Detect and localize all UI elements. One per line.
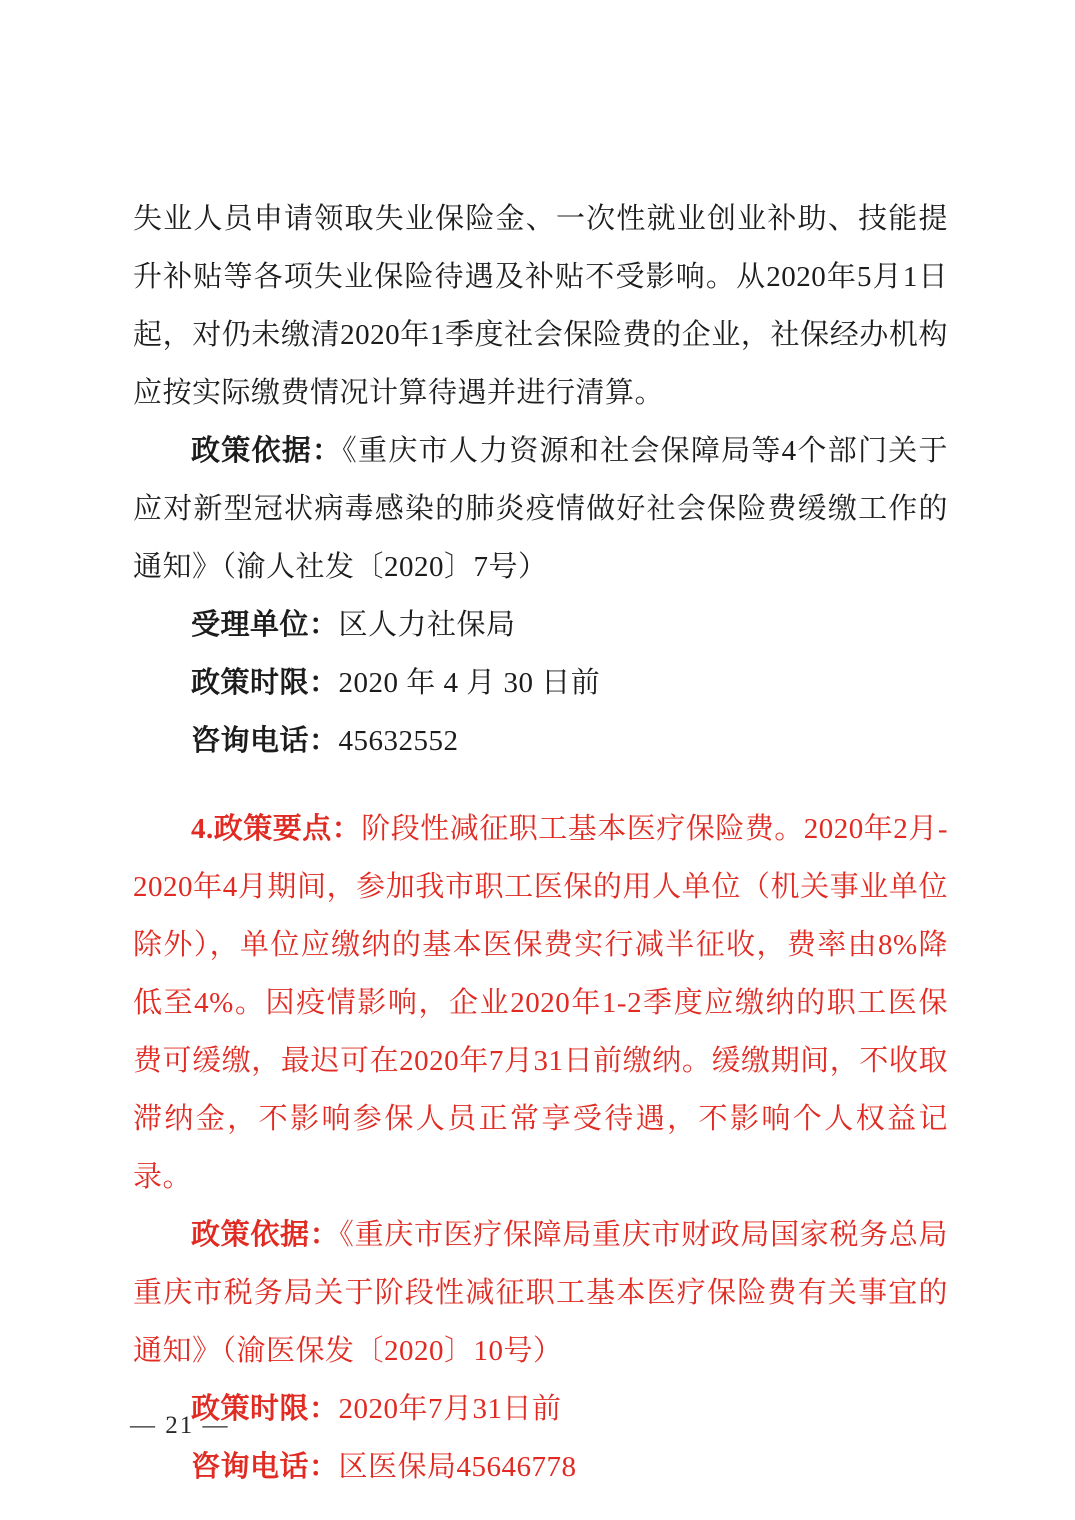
consultation-phone-label: 咨询电话： — [191, 1451, 339, 1483]
unemployment-insurance-section: 失业人员申请领取失业保险金、一次性就业创业补助、技能提升补贴等各项失业保险待遇及… — [133, 190, 948, 770]
policy-deadline-paragraph: 政策时限：2020 年 4 月 30 日前 — [133, 654, 948, 712]
policy-deadline-label: 政策时限： — [191, 667, 339, 699]
policy-points-label: 4.政策要点： — [191, 813, 361, 845]
accepting-unit-label: 受理单位： — [191, 609, 339, 641]
policy-basis-label: 政策依据： — [191, 1219, 339, 1251]
page-number: — 21 — — [130, 1412, 230, 1440]
policy-deadline-paragraph: 政策时限：2020年7月31日前 — [133, 1380, 948, 1438]
consultation-phone-label: 咨询电话： — [191, 725, 339, 757]
paragraph-text: 2020 年 4 月 30 日前 — [339, 667, 601, 699]
paragraph-text: 阶段性减征职工基本医疗保险费。2020年2月-2020年4月期间，参加我市职工医… — [133, 813, 948, 1193]
medical-insurance-section: 4.政策要点：阶段性减征职工基本医疗保险费。2020年2月-2020年4月期间，… — [133, 800, 948, 1496]
consultation-phone-paragraph: 咨询电话：45632552 — [133, 712, 948, 770]
document-page: 失业人员申请领取失业保险金、一次性就业创业补助、技能提升补贴等各项失业保险待遇及… — [0, 0, 1075, 1520]
document-content: 失业人员申请领取失业保险金、一次性就业创业补助、技能提升补贴等各项失业保险待遇及… — [133, 190, 948, 1496]
paragraph-text: 2020年7月31日前 — [339, 1393, 562, 1425]
paragraph-text: 区医保局45646778 — [339, 1451, 577, 1483]
paragraph-text: 45632552 — [339, 725, 459, 757]
policy-basis-paragraph: 政策依据：《重庆市医疗保障局重庆市财政局国家税务总局重庆市税务局关于阶段性减征职… — [133, 1206, 948, 1380]
consultation-phone-paragraph: 咨询电话：区医保局45646778 — [133, 1438, 948, 1496]
paragraph-text: 区人力社保局 — [339, 609, 516, 641]
policy-points-paragraph: 4.政策要点：阶段性减征职工基本医疗保险费。2020年2月-2020年4月期间，… — [133, 800, 948, 1206]
paragraph-text: 失业人员申请领取失业保险金、一次性就业创业补助、技能提升补贴等各项失业保险待遇及… — [133, 203, 948, 409]
policy-basis-paragraph: 政策依据：《重庆市人力资源和社会保障局等4个部门关于应对新型冠状病毒感染的肺炎疫… — [133, 422, 948, 596]
continuation-paragraph: 失业人员申请领取失业保险金、一次性就业创业补助、技能提升补贴等各项失业保险待遇及… — [133, 190, 948, 422]
policy-basis-label: 政策依据： — [191, 435, 342, 467]
accepting-unit-paragraph: 受理单位：区人力社保局 — [133, 596, 948, 654]
